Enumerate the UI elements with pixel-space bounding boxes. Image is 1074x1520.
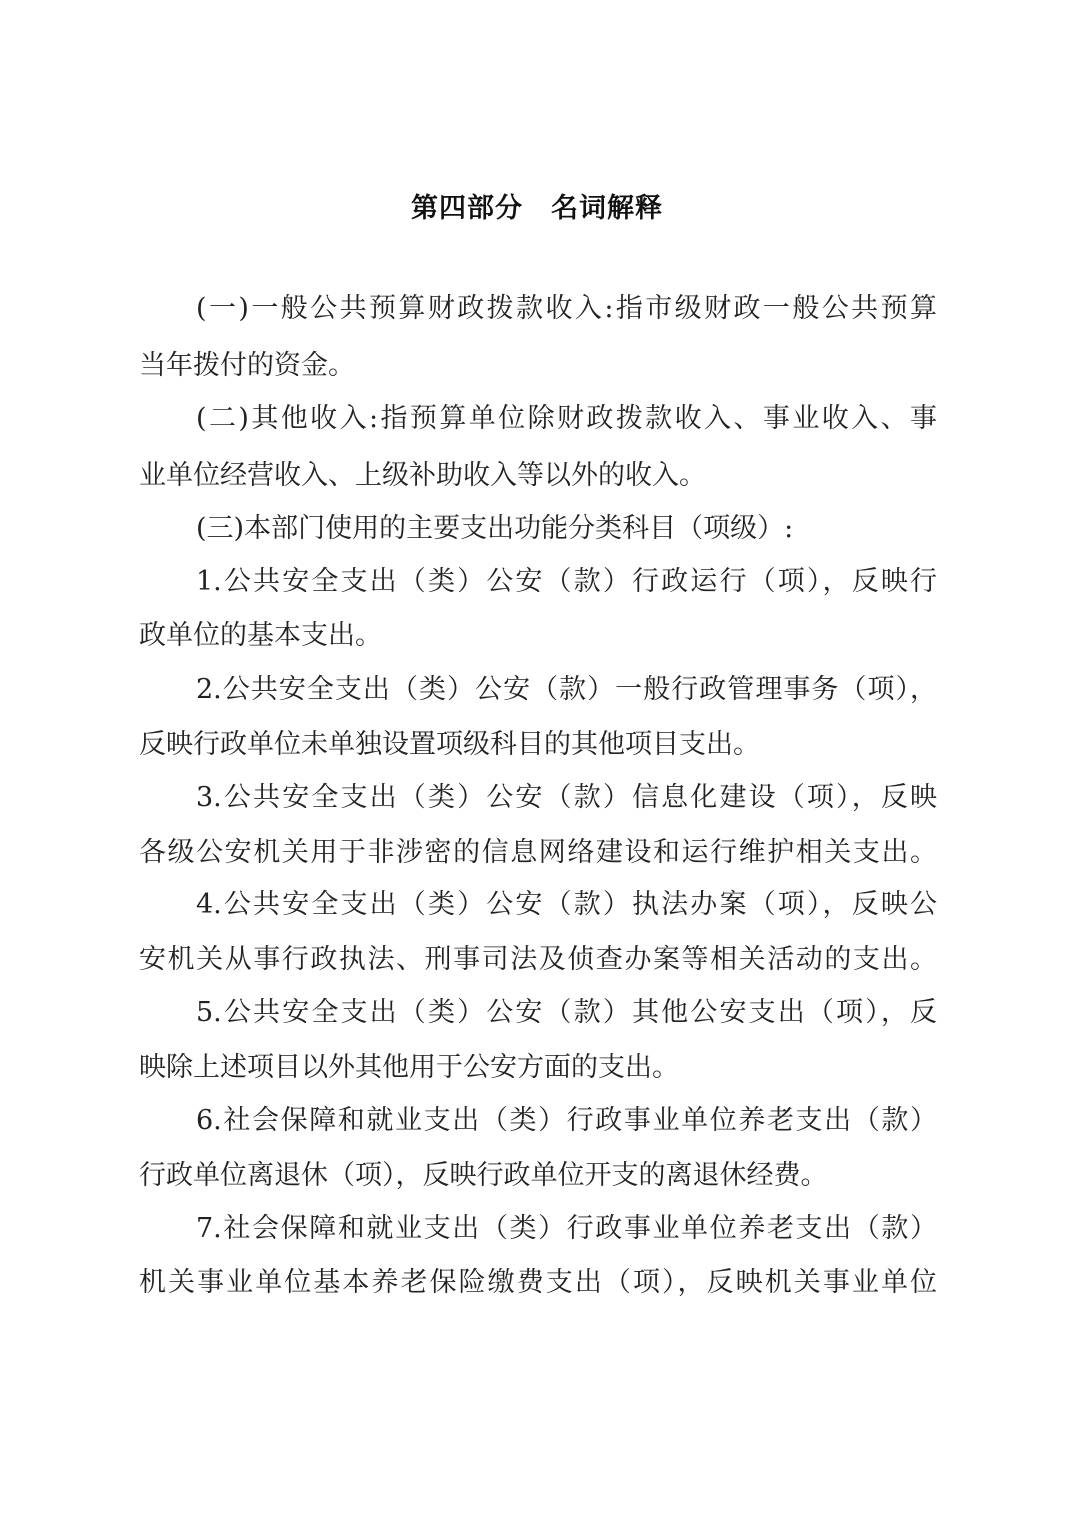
text-line: (二)其他收入:指预算单位除财政拨款收入、事业收入、事 <box>196 401 937 437</box>
text-line: (一)一般公共预算财政拨款收入:指市级财政一般公共预算 <box>196 291 937 327</box>
text-line: 3.公共安全支出（类）公安（款）信息化建设（项），反映 <box>196 780 937 816</box>
text-line: 安机关从事行政执法、刑事司法及侦查办案等相关活动的支出。 <box>139 942 937 978</box>
text-line: 政单位的基本支出。 <box>139 618 937 654</box>
text-line: 反映行政单位未单独设置项级科目的其他项目支出。 <box>139 727 937 763</box>
text-line: 当年拨付的资金。 <box>139 348 937 384</box>
text-line: 各级公安机关用于非涉密的信息网络建设和运行维护相关支出。 <box>139 835 937 871</box>
text-line: 6.社会保障和就业支出（类）行政事业单位养老支出（款） <box>196 1103 937 1139</box>
text-line: 行政单位离退休（项），反映行政单位开支的离退休经费。 <box>139 1158 937 1194</box>
text-line: 5.公共安全支出（类）公安（款）其他公安支出（项），反 <box>196 995 937 1031</box>
document-page: 第四部分 名词解释 (一)一般公共预算财政拨款收入:指市级财政一般公共预算当年拨… <box>0 0 1074 1520</box>
text-line: 机关事业单位基本养老保险缴费支出（项），反映机关事业单位 <box>139 1265 937 1301</box>
text-line: 映除上述项目以外其他用于公安方面的支出。 <box>139 1050 937 1086</box>
text-line: 7.社会保障和就业支出（类）行政事业单位养老支出（款） <box>196 1211 937 1247</box>
page-title: 第四部分 名词解释 <box>0 186 1074 225</box>
text-line: 2.公共安全支出（类）公安（款）一般行政管理事务（项）， <box>196 672 937 708</box>
text-line: 业单位经营收入、上级补助收入等以外的收入。 <box>139 458 937 494</box>
text-line: 4.公共安全支出（类）公安（款）执法办案（项），反映公 <box>196 887 937 923</box>
text-line: 1.公共安全支出（类）公安（款）行政运行（项），反映行 <box>196 564 937 600</box>
text-line: (三)本部门使用的主要支出功能分类科目（项级）: <box>196 511 937 547</box>
